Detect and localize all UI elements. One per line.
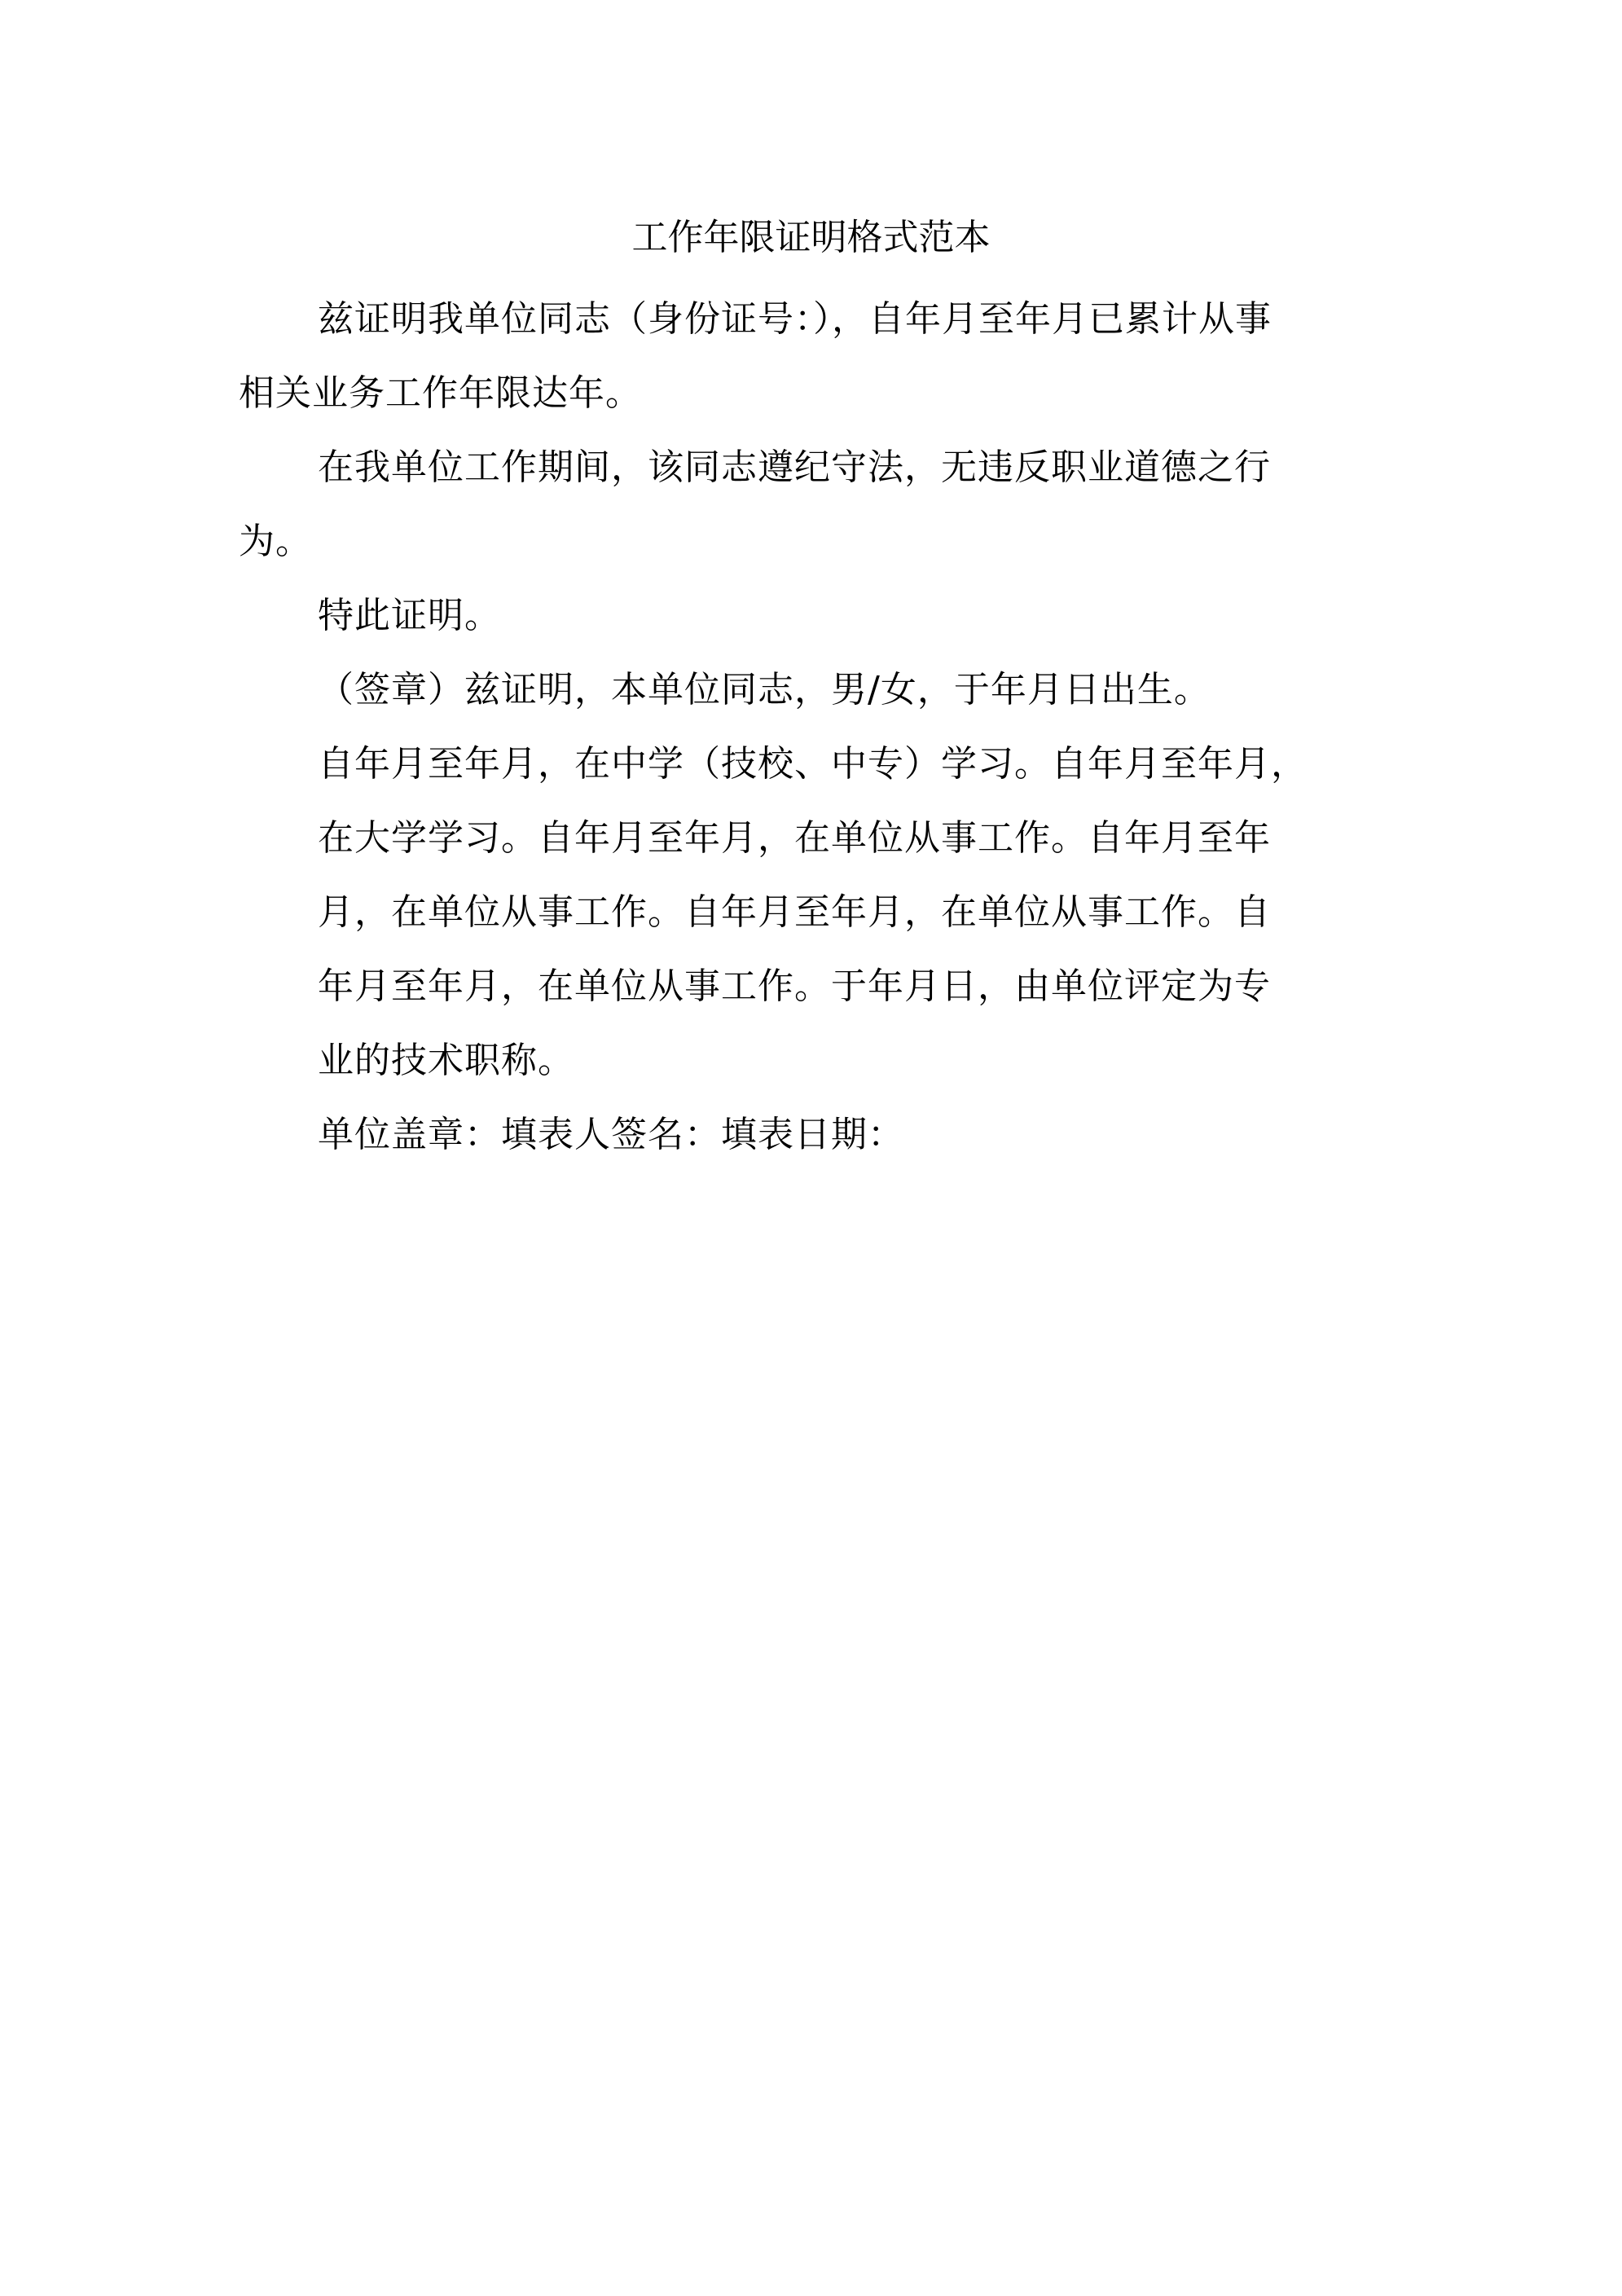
paragraph-line: 年月至年月，在单位从事工作。于年月日，由单位评定为专 <box>318 962 1271 1011</box>
paragraph-line: （签章）兹证明，本单位同志，男/女，于年月日出生。 <box>318 666 1211 715</box>
paragraph-line: 特此证明。 <box>318 592 501 640</box>
document-page: 工作年限证明格式范本 兹证明我单位同志（身份证号：），自年月至年月已累计从事 相… <box>0 0 1622 2296</box>
signature-line: 单位盖章：填表人签名：填表日期： <box>318 1111 904 1159</box>
paragraph-line: 月，在单位从事工作。自年月至年月，在单位从事工作。自 <box>318 888 1271 937</box>
paragraph-line: 兹证明我单位同志（身份证号：），自年月至年月已累计从事 <box>318 295 1272 344</box>
document-title: 工作年限证明格式范本 <box>0 213 1622 262</box>
paragraph-line: 相关业务工作年限达年。 <box>239 369 642 418</box>
paragraph-line: 自年月至年月，在中学（技校、中专）学习。自年月至年月， <box>318 740 1308 789</box>
paragraph-line: 在我单位工作期间，该同志遵纪守法，无违反职业道德之行 <box>318 443 1271 492</box>
paragraph-line: 为。 <box>239 517 312 566</box>
paragraph-line: 业的技术职称。 <box>318 1036 574 1085</box>
paragraph-line: 在大学学习。自年月至年月，在单位从事工作。自年月至年 <box>318 814 1271 863</box>
